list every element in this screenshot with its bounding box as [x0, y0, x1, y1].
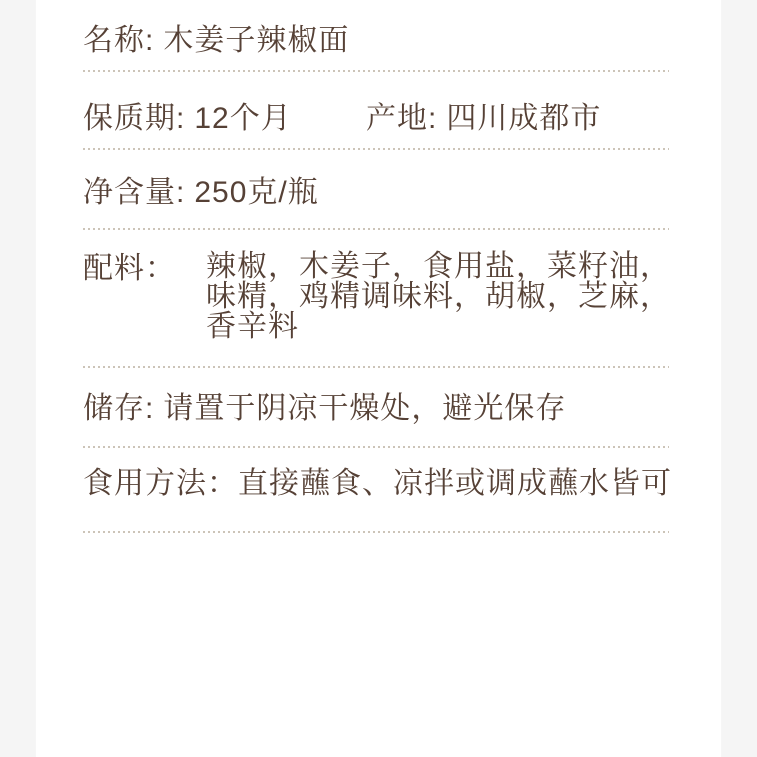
dotted-divider: [83, 228, 669, 230]
ingredients-line: 辣椒，木姜子，食用盐，菜籽油，: [206, 252, 671, 282]
usage-value: 直接蘸食、凉拌或调成蘸水皆可: [238, 467, 672, 500]
dotted-divider: [83, 446, 669, 448]
origin-label: 产地:: [366, 102, 437, 135]
origin-value: 四川成都市: [446, 102, 601, 135]
ingredients-line: 味精，鸡精调味料，胡椒，芝麻，: [206, 282, 671, 312]
dotted-divider: [83, 366, 669, 368]
shelf-life-group: 保质期:12个月: [83, 102, 292, 135]
dotted-divider: [83, 148, 669, 150]
ingredients-label: 配料：: [83, 252, 206, 342]
product-info-card: 名称:木姜子辣椒面 保质期:12个月 产地:四川成都市 净含量:250克/瓶 配…: [35, 0, 722, 757]
storage-row: 储存:请置于阴凉干燥处，避光保存: [83, 392, 566, 426]
usage-label: 食用方法：: [83, 467, 238, 500]
product-name-row: 名称:木姜子辣椒面: [83, 24, 349, 58]
dotted-divider: [83, 70, 669, 72]
ingredients-row: 配料： 辣椒，木姜子，食用盐，菜籽油， 味精，鸡精调味料，胡椒，芝麻， 香辛料: [83, 252, 671, 342]
shelf-life-origin-row: 保质期:12个月 产地:四川成都市: [83, 102, 292, 136]
ingredients-list: 辣椒，木姜子，食用盐，菜籽油， 味精，鸡精调味料，胡椒，芝麻， 香辛料: [206, 252, 671, 342]
name-label: 名称:: [83, 24, 154, 57]
name-value: 木姜子辣椒面: [163, 24, 349, 57]
origin-group: 产地:四川成都市: [366, 102, 601, 136]
usage-row: 食用方法：直接蘸食、凉拌或调成蘸水皆可: [83, 467, 672, 501]
net-content-label: 净含量:: [83, 176, 185, 209]
ingredients-line: 香辛料: [206, 312, 671, 342]
dotted-divider: [83, 531, 669, 533]
net-content-value: 250克/瓶: [194, 176, 318, 209]
storage-label: 储存:: [83, 392, 154, 425]
shelf-life-value: 12个月: [194, 102, 291, 135]
storage-value: 请置于阴凉干燥处，避光保存: [163, 392, 566, 425]
net-content-row: 净含量:250克/瓶: [83, 176, 319, 210]
shelf-life-label: 保质期:: [83, 102, 185, 135]
